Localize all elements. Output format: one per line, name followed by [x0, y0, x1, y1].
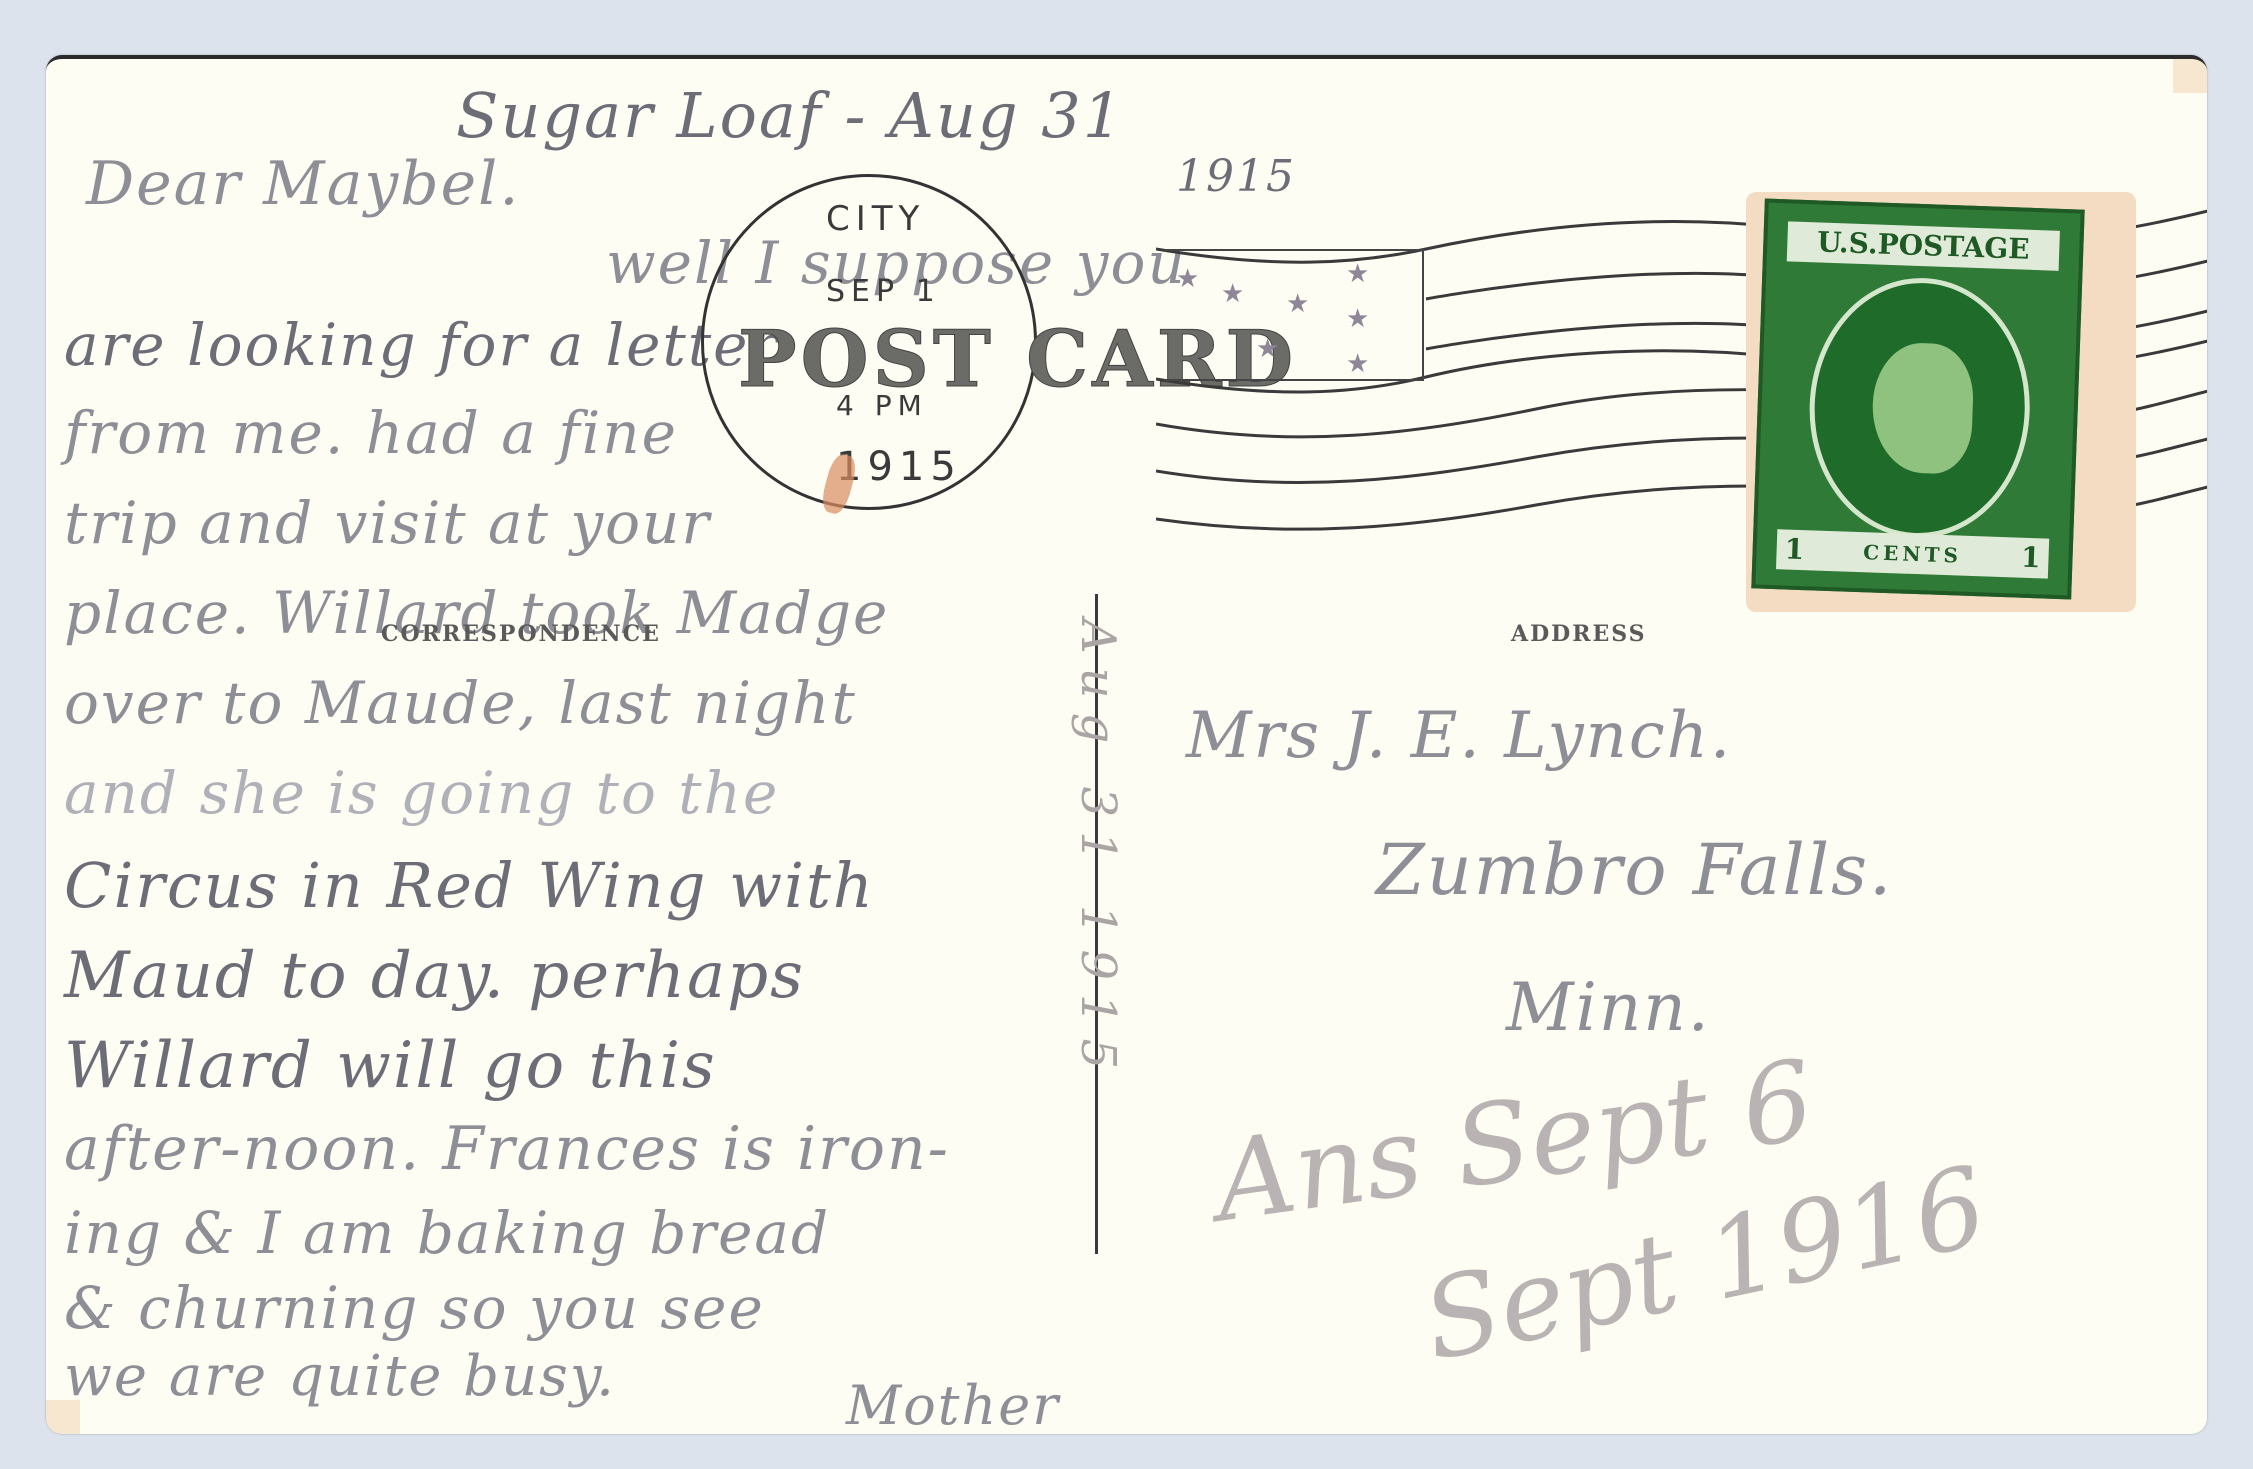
letter-line: Dear Maybel. [86, 149, 520, 219]
washington-portrait-icon [1870, 341, 1974, 474]
star-icon: ★ [1346, 304, 1369, 334]
postmark-date: SEP 1 [826, 274, 941, 309]
postcard: Sugar Loaf - Aug 31 1915 Dear Maybel. we… [46, 55, 2207, 1434]
letter-heading: Sugar Loaf - Aug 31 [456, 79, 1124, 152]
worn-corner [2173, 59, 2207, 93]
star-icon: ★ [1286, 289, 1309, 319]
postage-stamp: U.S.POSTAGE 1 CENTS 1 [1751, 199, 2084, 600]
star-icon: ★ [1221, 279, 1244, 309]
stamp-value-left: 1 [1784, 529, 1805, 570]
letter-line: after-noon. Frances is iron- [64, 1114, 950, 1184]
letter-line: from me. had a fine [64, 399, 678, 467]
star-icon: ★ [1346, 349, 1369, 379]
stamp-portrait-oval [1805, 274, 2034, 542]
letter-line: trip and visit at your [64, 489, 711, 557]
stamp-value-text: CENTS [1863, 532, 1963, 575]
stamp-top-label: U.S.POSTAGE [1787, 221, 2060, 270]
star-icon: ★ [1176, 264, 1199, 294]
address-label: ADDRESS [1511, 621, 1647, 647]
letter-line: and she is going to the [64, 759, 779, 827]
stamp-value-right: 1 [2020, 538, 2041, 579]
letter-line: & churning so you see [64, 1274, 765, 1342]
star-icon: ★ [1256, 334, 1279, 364]
postmark-city: CITY [826, 199, 925, 239]
correspondence-label: CORRESPONDENCE [381, 621, 661, 647]
stamp-value-bar: 1 CENTS 1 [1776, 529, 2049, 578]
letter-line: Willard will go this [64, 1029, 717, 1103]
letter-line: Maud to day. perhaps [64, 939, 805, 1013]
star-icon: ★ [1346, 259, 1369, 289]
address-line: Zumbro Falls. [1376, 829, 1893, 911]
letter-line: are looking for a letter [64, 311, 779, 379]
letter-heading-year: 1915 [1176, 151, 1296, 202]
pencil-vertical-note: Aug 31 1915 [1070, 619, 1126, 1083]
address-line: Mrs J. E. Lynch. [1186, 699, 1732, 773]
letter-line: Circus in Red Wing with [64, 849, 875, 922]
letter-line: ing & I am baking bread [64, 1199, 830, 1267]
letter-signature: Mother [846, 1374, 1060, 1434]
letter-line: we are quite busy. [64, 1344, 616, 1409]
letter-line: over to Maude, last night [64, 669, 857, 737]
address-line: Minn. [1506, 969, 1711, 1046]
